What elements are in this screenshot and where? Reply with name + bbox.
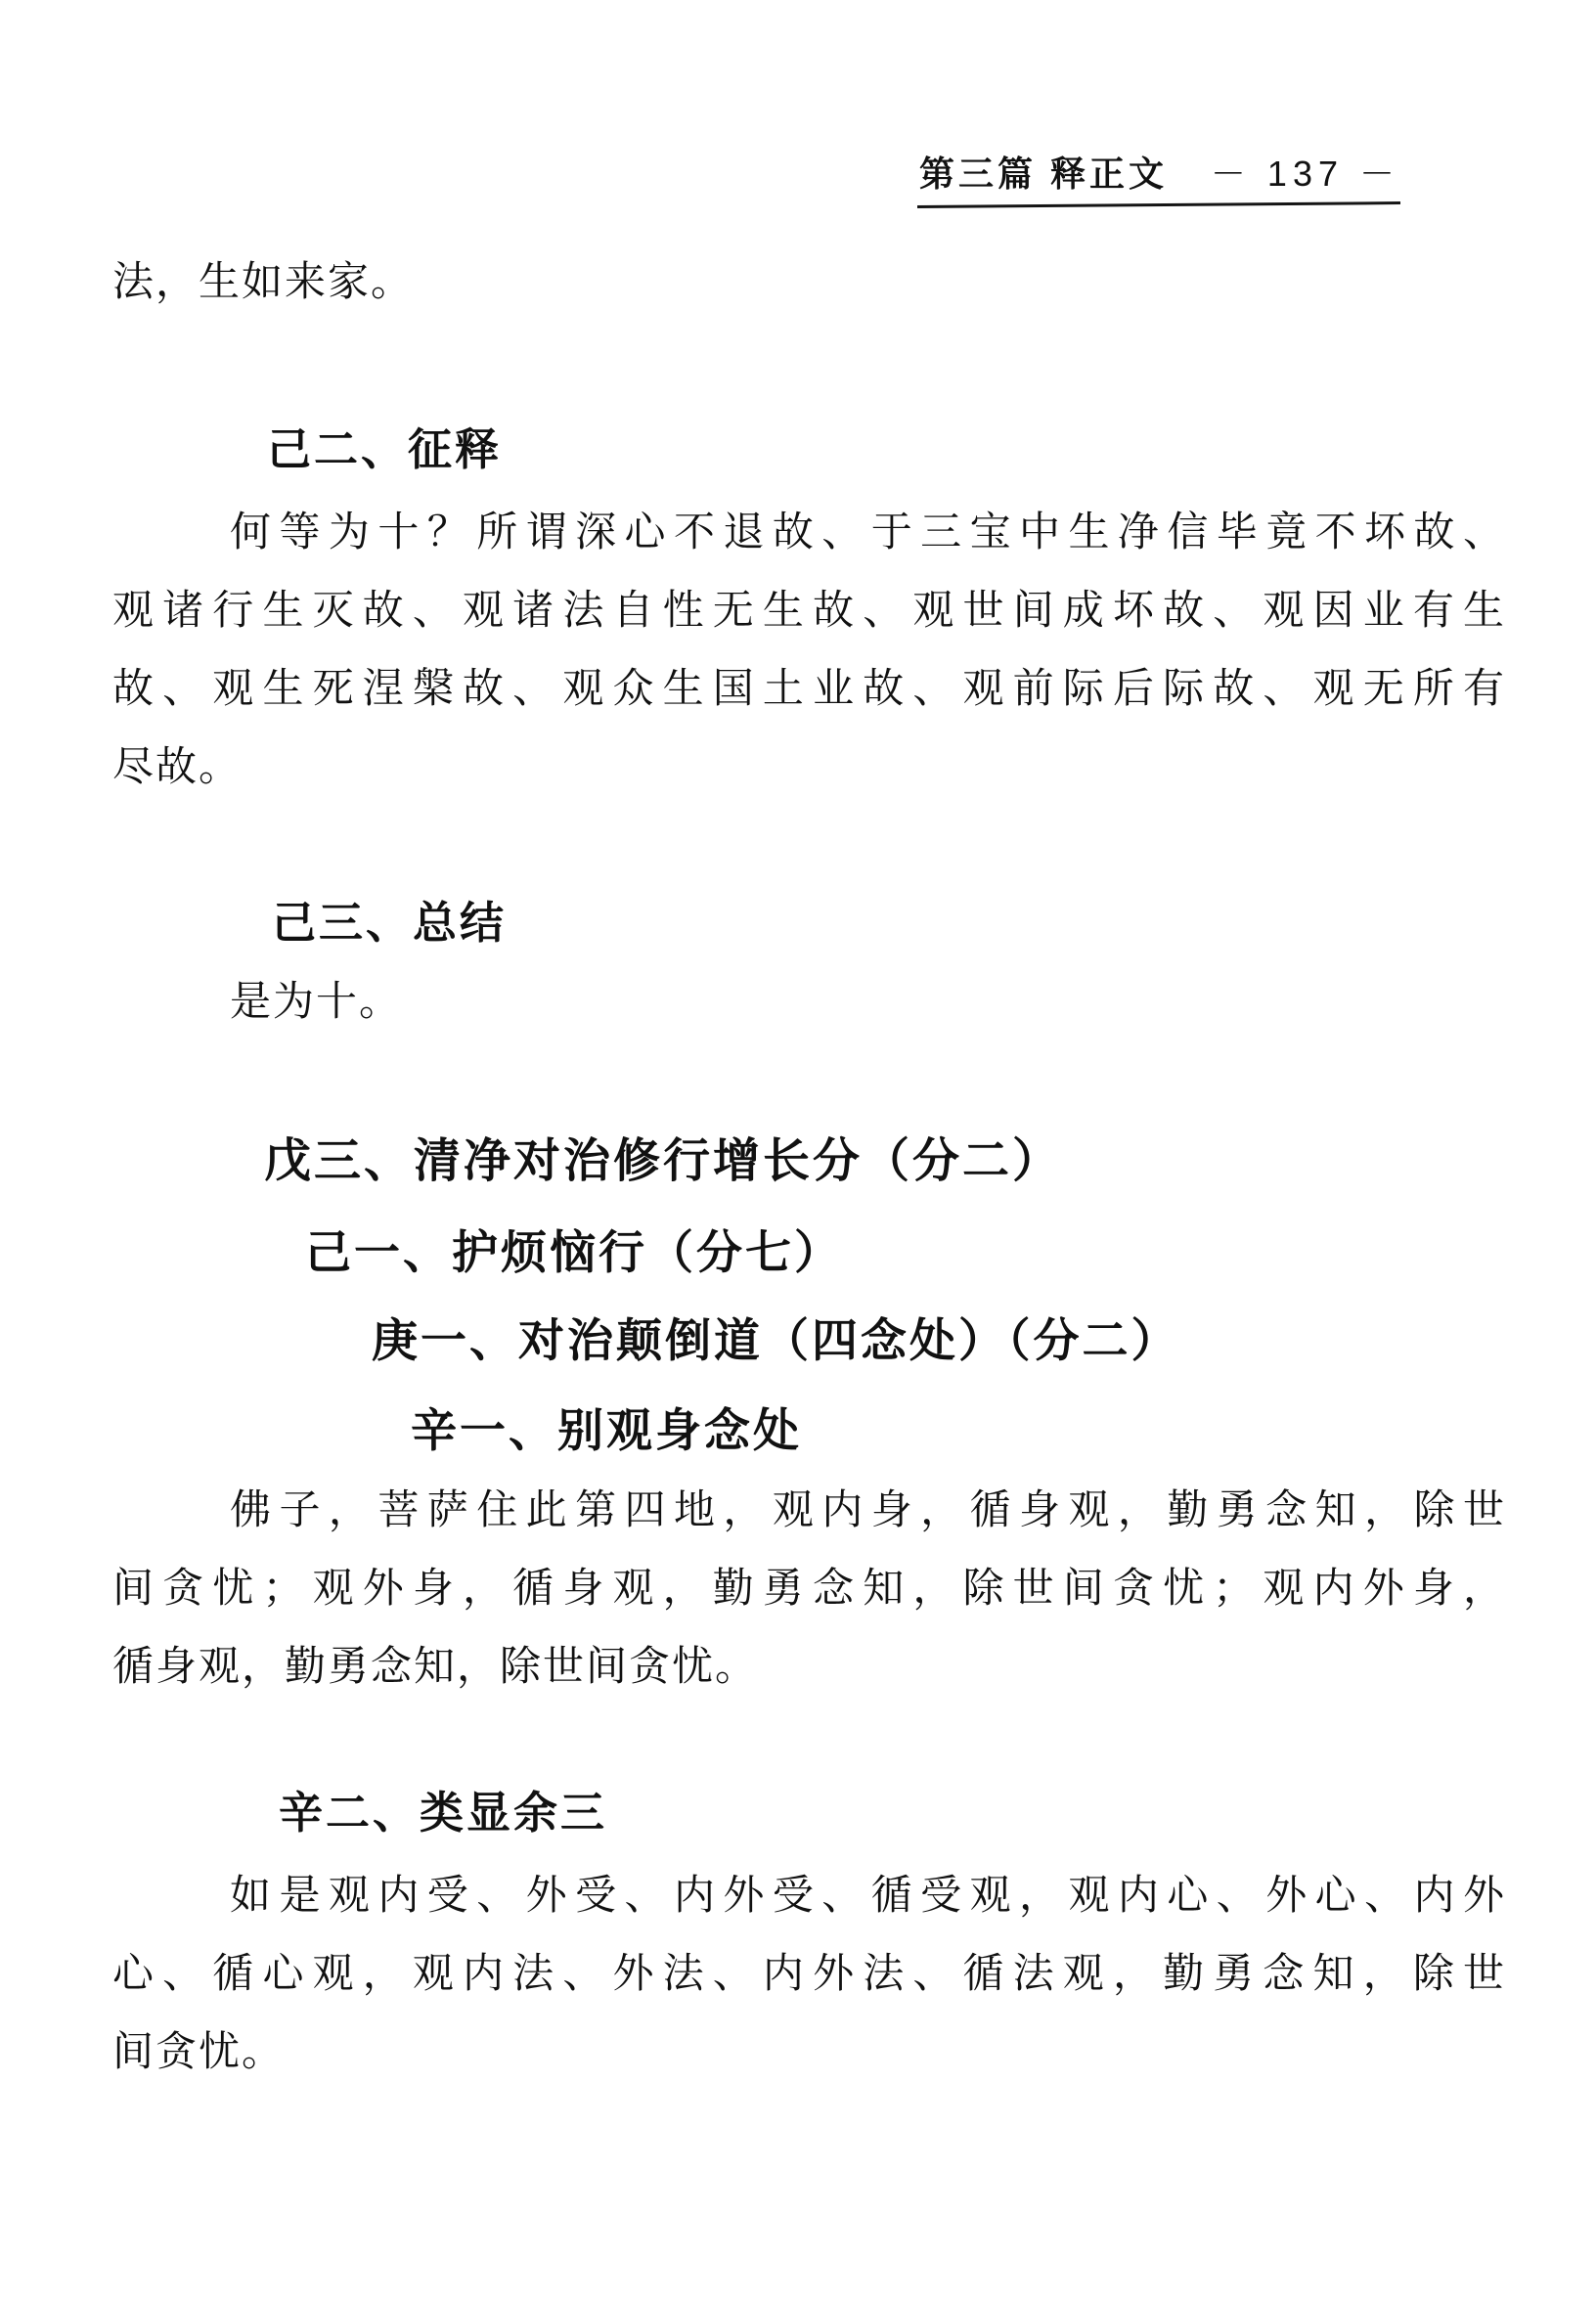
body-line: 如是观内受、外受、内外受、循受观，观内心、外心、内外 bbox=[112, 1870, 1506, 1922]
body-line: 故、观生死涅槃故、观众生国土业故、观前际后际故、观无所有 bbox=[112, 663, 1506, 715]
body-line: 心、循心观，观内法、外法、内外法、循法观，勤勇念知，除世 bbox=[112, 1948, 1506, 2000]
body-line: 间贪忧；观外身，循身观，勤勇念知，除世间贪忧；观内外身， bbox=[112, 1563, 1506, 1615]
page-header: 第三篇 释正文 － 137 － bbox=[919, 147, 1400, 197]
body-line: 法，生如来家。 bbox=[112, 256, 1506, 308]
page-number: － 137 － bbox=[1211, 147, 1400, 197]
body-line: 尽故。 bbox=[112, 741, 1506, 793]
scanned-book-page: 第三篇 释正文 － 137 － 法，生如来家。 己二、征释 何等为十？所谓深心不… bbox=[0, 0, 1596, 2303]
body-line: 观诸行生灭故、观诸法自性无生故、观世间成坏故、观因业有生 bbox=[112, 585, 1506, 637]
body-line: 佛子，菩萨住此第四地，观内身，循身观，勤勇念知，除世 bbox=[112, 1484, 1506, 1536]
body-line: 何等为十？所谓深心不退故、于三宝中生净信毕竟不坏故、 bbox=[112, 507, 1506, 558]
section-heading: 戊三、清净对治修行增长分（分二） bbox=[264, 1132, 1062, 1191]
header-divider bbox=[917, 201, 1400, 208]
section-heading: 己二、征释 bbox=[267, 422, 502, 477]
body-line: 循身观，勤勇念知，除世间贪忧。 bbox=[112, 1641, 1506, 1693]
body-line: 是为十。 bbox=[112, 976, 1506, 1028]
section-heading: 己一、护烦恼行（分七） bbox=[305, 1224, 843, 1282]
body-line: 间贪忧。 bbox=[112, 2026, 1506, 2078]
chapter-title: 第三篇 释正文 bbox=[919, 147, 1168, 197]
section-heading: 辛一、别观身念处 bbox=[411, 1402, 802, 1460]
section-heading: 辛二、类显余三 bbox=[279, 1786, 607, 1840]
section-heading: 己三、总结 bbox=[272, 896, 507, 951]
section-heading: 庚一、对治颠倒道（四念处）（分二） bbox=[372, 1312, 1180, 1370]
